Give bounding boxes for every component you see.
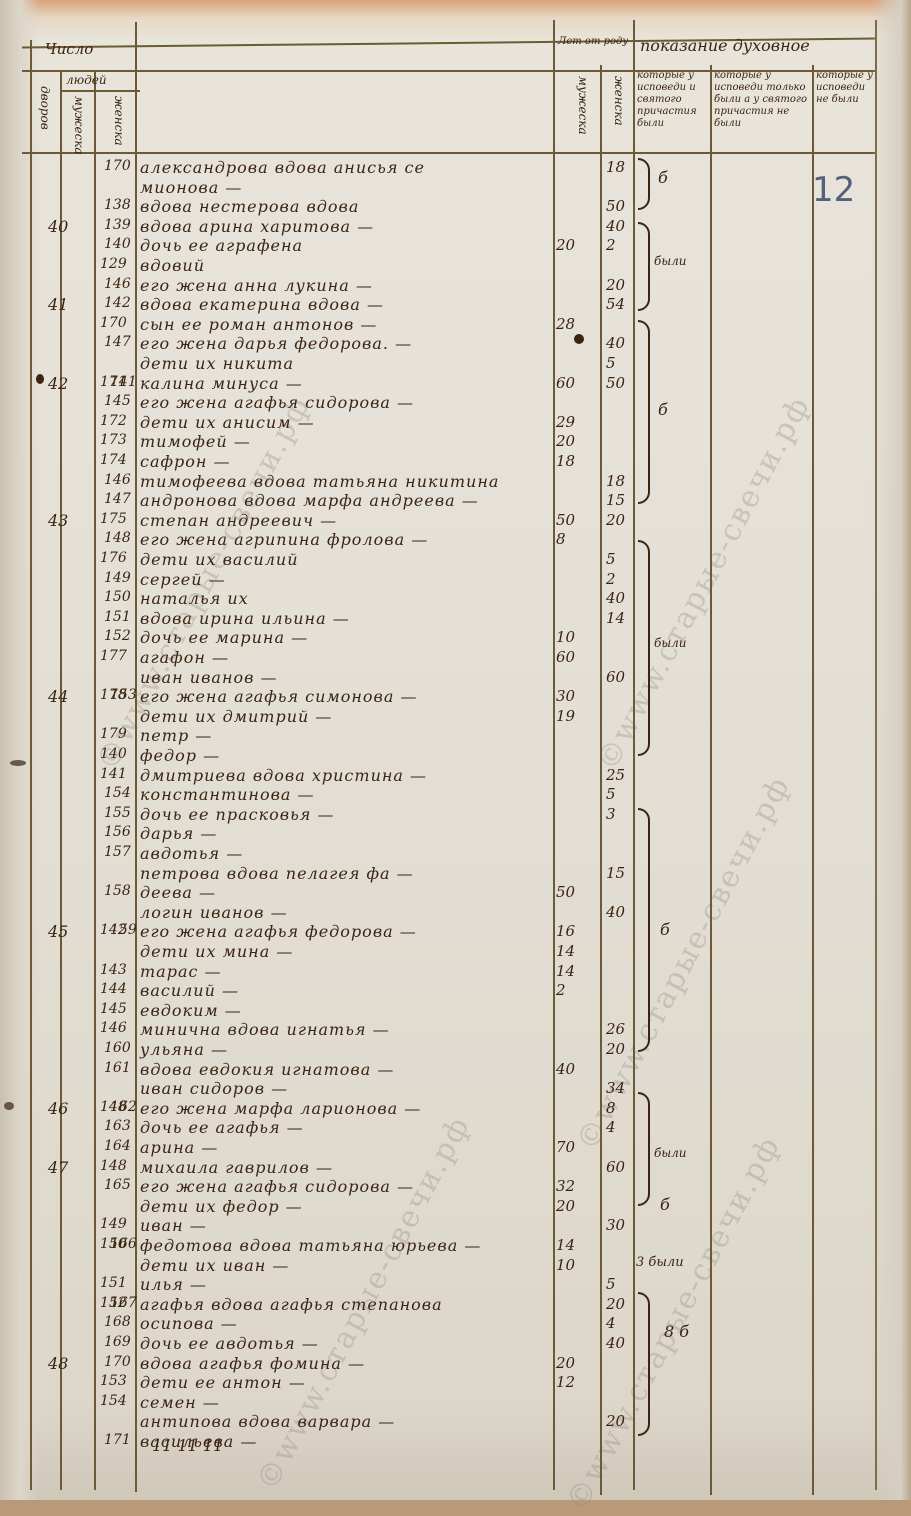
female-number: 142: [104, 295, 131, 311]
person-name: антипова вдова варвара —: [140, 1412, 395, 1431]
female-number: 170: [104, 1354, 131, 1370]
person-name: вдова евдокия игнатова —: [140, 1060, 394, 1079]
female-number: 146: [104, 276, 131, 292]
bracket-note: б: [658, 400, 668, 419]
age-female: 40: [606, 334, 625, 352]
person-name: его жена дарья федорова. —: [140, 334, 412, 353]
female-number: 139: [104, 217, 131, 233]
age-female: 40: [606, 1334, 625, 1352]
age-male: 50: [556, 883, 575, 901]
person-name: вдова агафья фомина —: [140, 1354, 365, 1373]
footer-tally: 11 11 11: [152, 1436, 223, 1455]
female-number: 164: [104, 1138, 131, 1154]
female-number: 163: [104, 1118, 131, 1134]
header-age-group: Лет от роду: [558, 36, 630, 48]
male-number: 177: [100, 648, 127, 664]
header-sub1: которые у исповеди и святого причастия б…: [637, 70, 707, 130]
person-name: степан андреевич —: [140, 511, 337, 530]
female-number: 166: [110, 1236, 137, 1252]
age-female: 40: [606, 217, 625, 235]
female-number: 157: [104, 844, 131, 860]
age-female: 18: [606, 158, 625, 176]
person-name: его жена агафья федорова —: [140, 922, 417, 941]
person-name: вдова ирина ильина —: [140, 609, 350, 628]
bracket: [638, 540, 650, 756]
age-male: 10: [556, 628, 575, 646]
age-male: 30: [556, 687, 575, 705]
person-name: вдовий: [140, 256, 205, 275]
person-name: дети их федор —: [140, 1197, 303, 1216]
person-name: сафрон —: [140, 452, 231, 471]
age-male: 12: [556, 1373, 575, 1391]
yard-number: 46: [48, 1099, 68, 1118]
bracket-note: б: [658, 168, 668, 187]
female-number: 146: [104, 472, 131, 488]
age-male: 14: [556, 942, 575, 960]
age-male: 29: [556, 413, 575, 431]
female-number: 155: [104, 805, 131, 821]
male-number: 175: [100, 511, 127, 527]
male-number: 174: [100, 452, 127, 468]
person-name: осипова —: [140, 1314, 238, 1333]
person-name: дети их анисим —: [140, 413, 315, 432]
person-name: федор —: [140, 746, 220, 765]
female-number: 138: [104, 197, 131, 213]
male-number: 144: [100, 981, 127, 997]
person-name: вдова нестерова вдова: [140, 197, 359, 216]
binding-hole: [10, 760, 26, 766]
age-female: 4: [606, 1314, 616, 1332]
male-number: 154: [100, 1393, 127, 1409]
age-female: 20: [606, 1295, 625, 1313]
age-male: 32: [556, 1177, 575, 1195]
female-number: 161: [104, 1060, 131, 1076]
age-male: 14: [556, 1236, 575, 1254]
female-number: 140: [104, 236, 131, 252]
male-number: 143: [100, 962, 127, 978]
age-female: 20: [606, 1412, 625, 1430]
female-number: 151: [104, 609, 131, 625]
age-male: 14: [556, 962, 575, 980]
person-name: петрова вдова пелагея фа —: [140, 864, 414, 883]
header-sub2: которые у исповеди только были а у свято…: [714, 70, 809, 130]
header-sub3: которые у исповеди не были: [816, 70, 874, 106]
person-name: тарас —: [140, 962, 222, 981]
female-number: 167: [110, 1295, 137, 1311]
person-name: евдоким —: [140, 1001, 242, 1020]
age-male: 16: [556, 922, 575, 940]
age-female: 20: [606, 276, 625, 294]
female-number: 150: [104, 589, 131, 605]
female-number: 168: [104, 1314, 131, 1330]
female-number: 170: [104, 158, 131, 174]
female-number: 141: [110, 374, 137, 390]
bracket: [638, 158, 650, 210]
age-male: 40: [556, 1060, 575, 1078]
person-name: федотова вдова татьяна юрьева —: [140, 1236, 481, 1255]
female-number: 149: [104, 570, 131, 586]
age-male: 70: [556, 1138, 575, 1156]
person-name: его жена анна лукина —: [140, 276, 373, 295]
header-persons: людей: [66, 74, 107, 86]
person-name: авдотья —: [140, 844, 243, 863]
binding-hole: [36, 374, 44, 384]
bracket-note: были: [654, 636, 686, 650]
person-name: дети их никита: [140, 354, 294, 373]
age-male: 18: [556, 452, 575, 470]
age-female: 2: [606, 570, 616, 588]
age-female: 50: [606, 374, 625, 392]
female-number: 162: [110, 1099, 137, 1115]
person-name: тимофеева вдова татьяна никитина: [140, 472, 499, 491]
person-name: его жена агафья симонова —: [140, 687, 417, 706]
age-female: 25: [606, 766, 625, 784]
age-female: 15: [606, 491, 625, 509]
female-number: 147: [104, 491, 131, 507]
person-name: иван —: [140, 1216, 207, 1235]
male-number: 173: [100, 432, 127, 448]
female-number: 147: [104, 334, 131, 350]
header-number: Число: [45, 40, 93, 58]
yard-number: 45: [48, 922, 68, 941]
age-male: 2: [556, 981, 566, 999]
age-male: 20: [556, 432, 575, 450]
header-age-male: мужеска: [576, 76, 590, 135]
person-name: василий —: [140, 981, 239, 1000]
age-male: 60: [556, 648, 575, 666]
person-name: дети их мина —: [140, 942, 293, 961]
age-female: 5: [606, 354, 616, 372]
age-female: 5: [606, 1275, 616, 1293]
bracket-note: были: [654, 254, 686, 268]
age-female: 5: [606, 550, 616, 568]
person-name: андронова вдова марфа андреева —: [140, 491, 479, 510]
age-female: 4: [606, 1118, 616, 1136]
female-number: 154: [104, 785, 131, 801]
person-name: александрова вдова анисья се: [140, 158, 425, 177]
age-female: 26: [606, 1020, 625, 1038]
male-number: 172: [100, 413, 127, 429]
person-name: дети ее антон —: [140, 1373, 306, 1392]
person-name: его жена агафья сидорова —: [140, 393, 414, 412]
male-number: 141: [100, 766, 127, 782]
age-male: 60: [556, 374, 575, 392]
male-number: 146: [100, 1020, 127, 1036]
person-name: сын ее роман антонов —: [140, 315, 377, 334]
bracket: [638, 1292, 650, 1436]
male-number: 129: [100, 256, 127, 272]
male-number: 145: [100, 1001, 127, 1017]
person-name: вдова екатерина вдова —: [140, 295, 384, 314]
male-number: 140: [100, 746, 127, 762]
age-female: 18: [606, 472, 625, 490]
age-female: 3: [606, 805, 616, 823]
age-female: 2: [606, 236, 616, 254]
bracket-note: б: [660, 920, 670, 939]
age-female: 40: [606, 903, 625, 921]
person-name: деева —: [140, 883, 216, 902]
bracket: [638, 808, 650, 1052]
person-name: его жена агафья сидорова —: [140, 1177, 414, 1196]
female-number: 156: [104, 824, 131, 840]
person-name: наталья их: [140, 589, 249, 608]
age-male: 50: [556, 511, 575, 529]
female-number: 145: [104, 393, 131, 409]
person-name: арина —: [140, 1138, 218, 1157]
ink-blot: [574, 334, 584, 344]
yard-number: 47: [48, 1158, 68, 1177]
bracket-note: 3 были: [636, 1255, 684, 1270]
person-name: вдова арина харитова —: [140, 217, 374, 236]
person-name: иван сидоров —: [140, 1079, 288, 1098]
person-name: тимофей —: [140, 432, 251, 451]
age-male: 20: [556, 236, 575, 254]
person-name: логин иванов —: [140, 903, 288, 922]
male-number: 176: [100, 550, 127, 566]
person-name: дети их дмитрий —: [140, 707, 332, 726]
yard-number: 43: [48, 511, 68, 530]
age-female: 15: [606, 864, 625, 882]
male-number: 149: [100, 1216, 127, 1232]
person-name: иван иванов —: [140, 668, 278, 687]
age-female: 20: [606, 1040, 625, 1058]
age-female: 5: [606, 785, 616, 803]
register-page: ©www.старые-свечи.рф ©www.старые-свечи.р…: [0, 0, 911, 1500]
person-name: дочь ее агафья —: [140, 1118, 304, 1137]
person-name: дмитриева вдова христина —: [140, 766, 427, 785]
person-name: дети их василий: [140, 550, 299, 569]
age-female: 20: [606, 511, 625, 529]
female-number: 152: [104, 628, 131, 644]
female-number: 153: [110, 687, 137, 703]
age-male: 8: [556, 530, 566, 548]
male-number: 148: [100, 1158, 127, 1174]
bracket-note: были: [654, 1146, 686, 1160]
header-male: мужеска: [72, 96, 86, 155]
person-name: его жена агрипина фролова —: [140, 530, 428, 549]
age-male: 28: [556, 315, 575, 333]
header-female: женска: [112, 96, 126, 146]
bracket-note: б: [660, 1195, 670, 1214]
female-number: 169: [104, 1334, 131, 1350]
person-name: константинова —: [140, 785, 315, 804]
person-name: дети их иван —: [140, 1256, 289, 1275]
yard-number: 42: [48, 374, 68, 393]
register-row: 171васильева —: [0, 1432, 911, 1454]
male-number: 179: [100, 726, 127, 742]
binding-hole: [4, 1102, 14, 1110]
age-female: 54: [606, 295, 625, 313]
age-female: 14: [606, 609, 625, 627]
person-name: агафон —: [140, 648, 229, 667]
person-name: калина минуса —: [140, 374, 303, 393]
age-female: 50: [606, 197, 625, 215]
person-name: мионова —: [140, 178, 242, 197]
person-name: дарья —: [140, 824, 217, 843]
person-name: дочь ее аграфена: [140, 236, 303, 255]
header-confession: показание духовное: [640, 36, 810, 55]
age-male: 10: [556, 1256, 575, 1274]
yard-number: 41: [48, 295, 68, 314]
female-number: 148: [104, 530, 131, 546]
female-number: 165: [104, 1177, 131, 1193]
header-yards: дворов: [38, 86, 52, 130]
person-name: дочь ее прасковья —: [140, 805, 334, 824]
yard-number: 40: [48, 217, 68, 236]
person-name: илья —: [140, 1275, 207, 1294]
age-male: 20: [556, 1197, 575, 1215]
rule: [875, 20, 877, 1490]
age-male: 20: [556, 1354, 575, 1372]
person-name: петр —: [140, 726, 212, 745]
bracket: [638, 222, 650, 311]
person-name: семен —: [140, 1393, 220, 1412]
male-number: 153: [100, 1373, 127, 1389]
male-number: 151: [100, 1275, 127, 1291]
person-name: минична вдова игнатья —: [140, 1020, 390, 1039]
age-female: 60: [606, 668, 625, 686]
person-name: ульяна —: [140, 1040, 228, 1059]
bracket: [638, 320, 650, 504]
age-female: 34: [606, 1079, 625, 1097]
yard-number: 44: [48, 687, 68, 706]
bracket: [638, 1092, 650, 1206]
age-female: 40: [606, 589, 625, 607]
male-number: 170: [100, 315, 127, 331]
age-female: 30: [606, 1216, 625, 1234]
person-name: дочь ее марина —: [140, 628, 308, 647]
female-number: 159: [110, 922, 137, 938]
age-female: 60: [606, 1158, 625, 1176]
header-age-female: женска: [612, 76, 626, 126]
yard-number: 48: [48, 1354, 68, 1373]
female-number: 158: [104, 883, 131, 899]
person-name: его жена марфа ларионова —: [140, 1099, 421, 1118]
bracket-note: 8 б: [664, 1322, 689, 1341]
female-number: 160: [104, 1040, 131, 1056]
person-name: агафья вдова агафья степанова: [140, 1295, 443, 1314]
person-name: михаила гаврилов —: [140, 1158, 333, 1177]
rule: [60, 90, 140, 92]
person-name: сергей —: [140, 570, 226, 589]
person-name: дочь ее авдотья —: [140, 1334, 319, 1353]
age-male: 19: [556, 707, 575, 725]
rule: [22, 152, 877, 154]
age-female: 8: [606, 1099, 616, 1117]
female-number: 171: [104, 1432, 131, 1448]
